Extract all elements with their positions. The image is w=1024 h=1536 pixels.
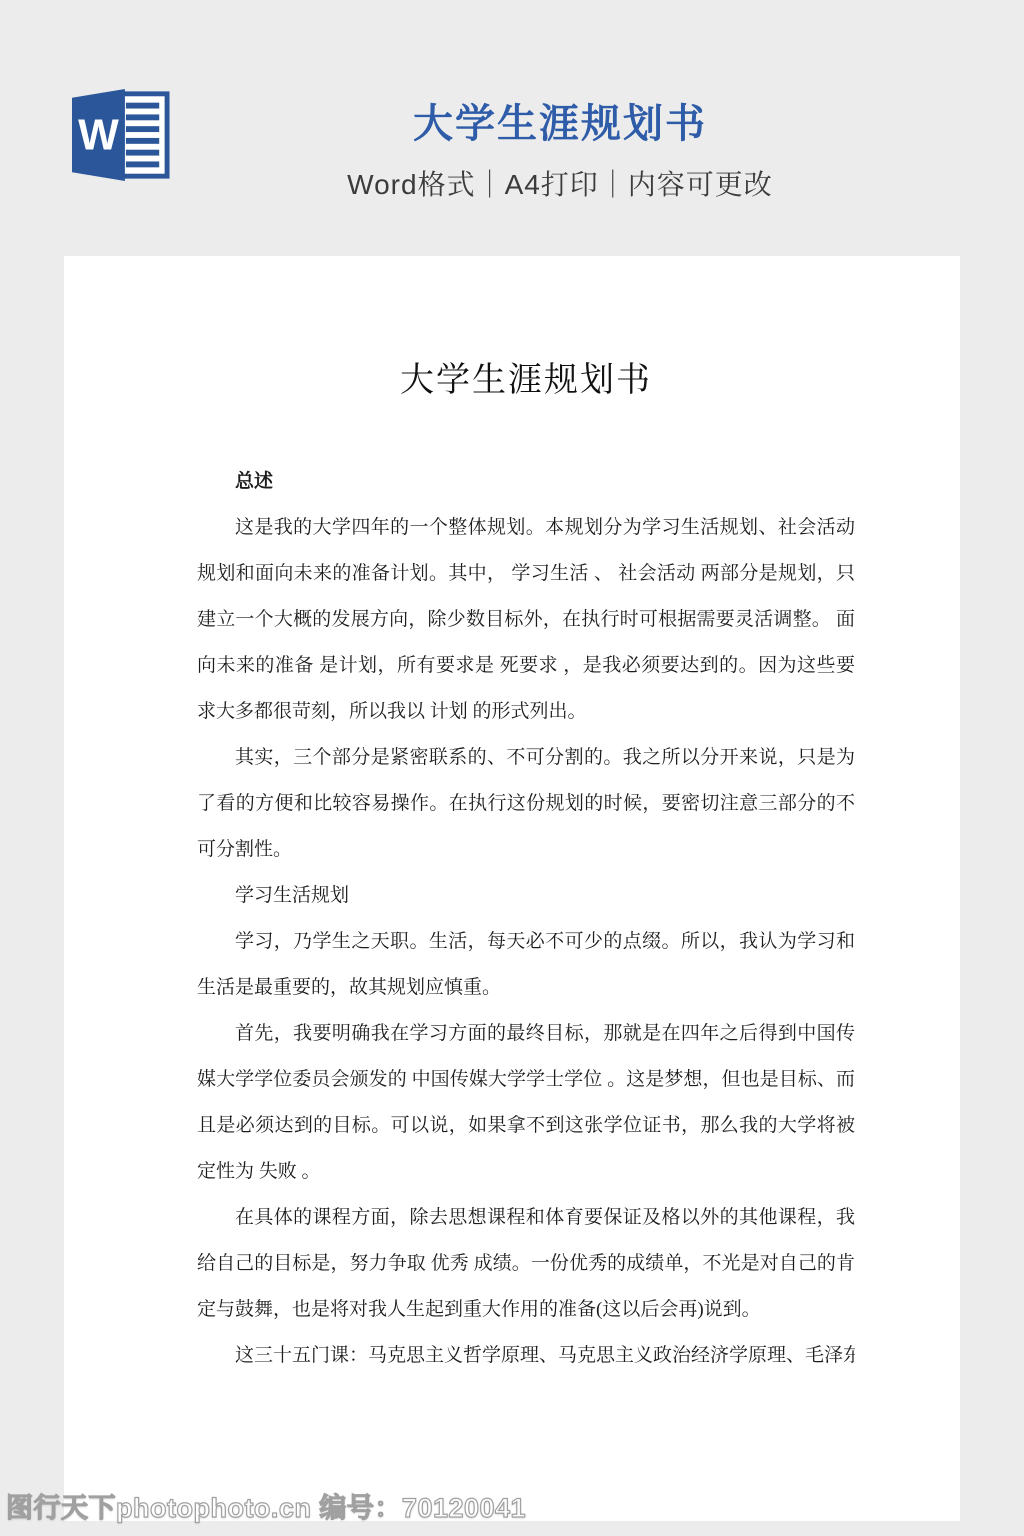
site-watermark: 图行天下photophoto.cn 编号：70120041: [6, 1486, 526, 1525]
section-heading-study-life-plan: 学习生活规划: [197, 873, 855, 919]
paragraph: 学习，乃学生之天职。生活，每天必不可少的点缀。所以，我认为学习和生活是最重要的，…: [197, 919, 855, 1011]
header-text-block: 大学生涯规划书 Word格式｜A4打印｜内容可更改: [96, 92, 1024, 203]
paragraph-truncated: 这三十五门课：马克思主义哲学原理、马克思主义政治经济学原理、毛泽东: [197, 1333, 855, 1379]
header-subtitle: Word格式｜A4打印｜内容可更改: [96, 163, 1024, 203]
document-body: 总述 这是我的大学四年的一个整体规划。本规划分为学习生活规划、社会活动规划和面向…: [197, 459, 855, 1379]
document-page: 大学生涯规划书 总述 这是我的大学四年的一个整体规划。本规划分为学习生活规划、社…: [64, 256, 960, 1521]
section-heading-overview: 总述: [197, 459, 855, 505]
document-title: 大学生涯规划书: [197, 352, 855, 401]
paragraph: 在具体的课程方面，除去思想课程和体育要保证及格以外的其他课程，我给自己的目标是，…: [197, 1195, 855, 1333]
paragraph: 首先，我要明确我在学习方面的最终目标，那就是在四年之后得到中国传媒大学学位委员会…: [197, 1011, 855, 1195]
template-preview-page: { "header": { "title": "大学生涯规划书", "subti…: [0, 0, 1024, 1536]
header-title: 大学生涯规划书: [96, 92, 1024, 149]
paragraph: 其实，三个部分是紧密联系的、不可分割的。我之所以分开来说，只是为了看的方便和比较…: [197, 735, 855, 873]
paragraph: 这是我的大学四年的一个整体规划。本规划分为学习生活规划、社会活动规划和面向未来的…: [197, 505, 855, 735]
header: W 大学生涯规划书 Word格式｜A4打印｜内容可更改: [0, 0, 1024, 256]
